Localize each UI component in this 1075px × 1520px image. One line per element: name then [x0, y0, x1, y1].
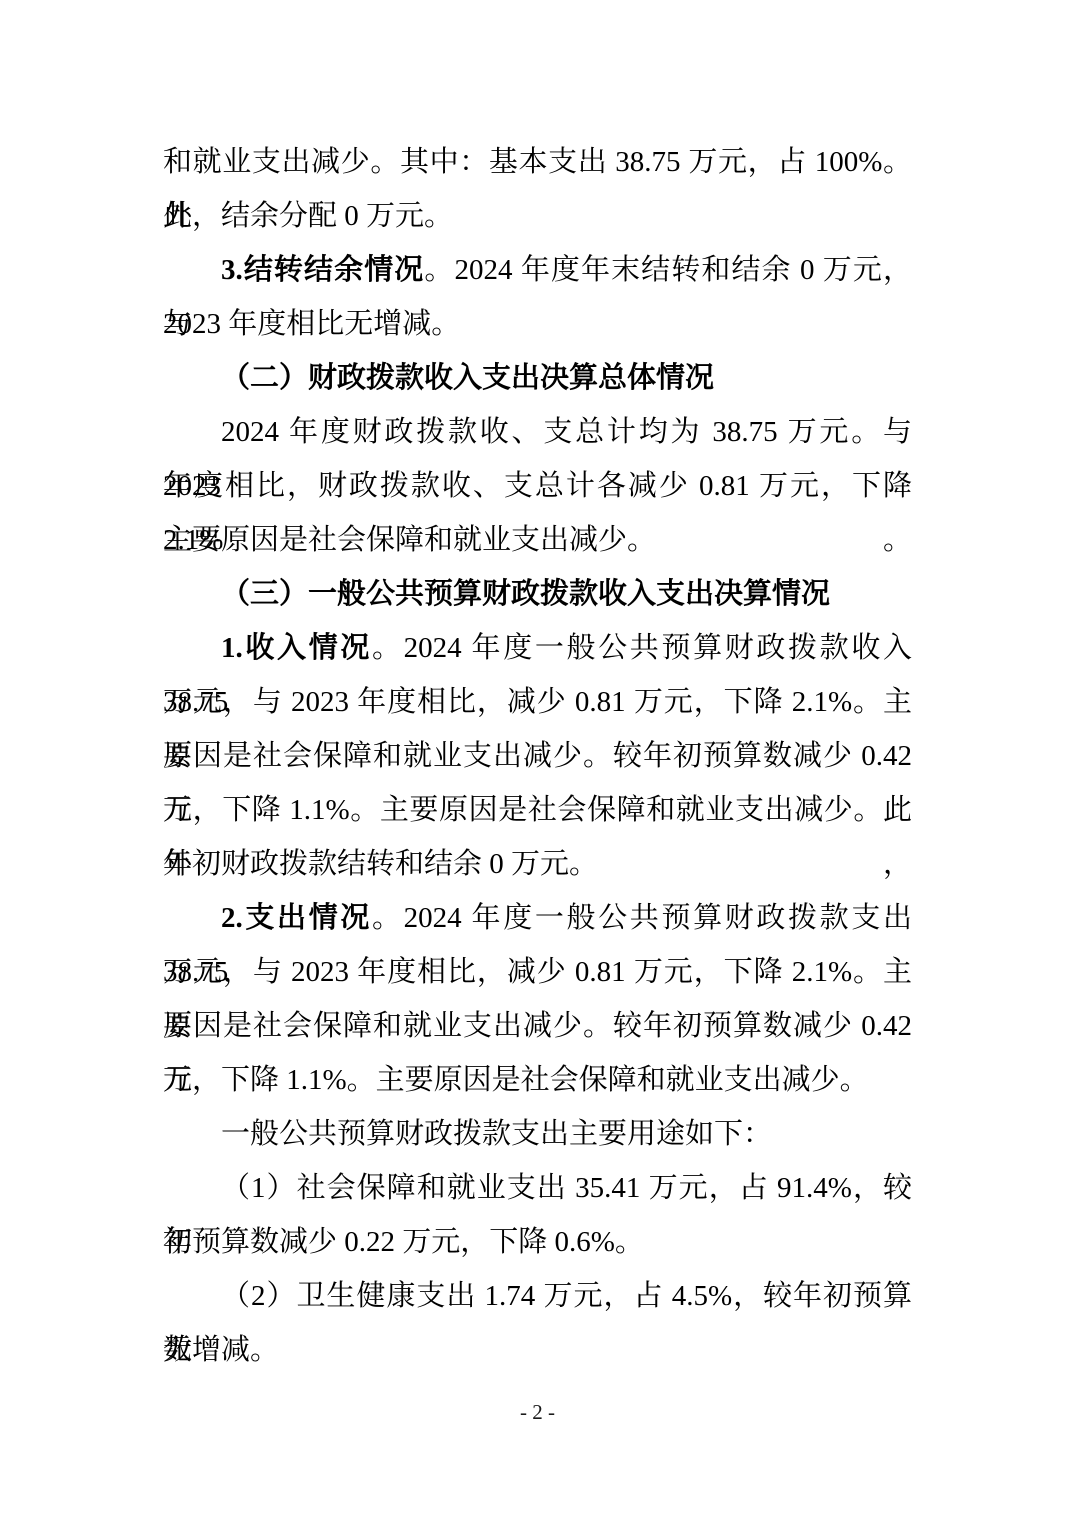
text-line: 外，结余分配 0 万元。	[163, 189, 912, 243]
text-segment: 2.支出情况	[221, 902, 372, 934]
text-line: 1.收入情况。2024 年度一般公共预算财政拨款收入 38.75	[163, 621, 912, 675]
text-line: 初预算数减少 0.22 万元，下降 0.6%。	[163, 1215, 912, 1269]
text-segment: 一般公共预算财政拨款支出主要用途如下：	[221, 1118, 772, 1150]
text-segment: （三）一般公共预算财政拨款收入支出决算情况	[221, 578, 830, 610]
text-line: 和就业支出减少。其中：基本支出 38.75 万元，占 100%。此	[163, 135, 912, 189]
text-segment: （二）财政拨款收入支出决算总体情况	[221, 362, 714, 394]
text-segment: 年初财政拨款结转和结余 0 万元。	[163, 848, 598, 880]
section-heading: （三）一般公共预算财政拨款收入支出决算情况	[163, 567, 912, 621]
document-text-block: 和就业支出减少。其中：基本支出 38.75 万元，占 100%。此外，结余分配 …	[163, 135, 912, 1377]
text-segment: 1.收入情况	[221, 632, 372, 664]
text-line: 元，下降 1.1%。主要原因是社会保障和就业支出减少。此外，	[163, 783, 912, 837]
section-heading: （二）财政拨款收入支出决算总体情况	[163, 351, 912, 405]
page-number: - 2 -	[0, 1398, 1075, 1426]
document-page: 和就业支出减少。其中：基本支出 38.75 万元，占 100%。此外，结余分配 …	[0, 0, 1075, 1520]
text-segment: 外，结余分配 0 万元。	[163, 200, 453, 232]
text-line: 原因是社会保障和就业支出减少。较年初预算数减少 0.42 万	[163, 999, 912, 1053]
text-line: 万元，与 2023 年度相比，减少 0.81 万元，下降 2.1%。主要	[163, 675, 912, 729]
text-line: （1）社会保障和就业支出 35.41 万元，占 91.4%，较年	[163, 1161, 912, 1215]
text-line: 2.支出情况。2024 年度一般公共预算财政拨款支出 38.75	[163, 891, 912, 945]
text-line: 原因是社会保障和就业支出减少。较年初预算数减少 0.42 万	[163, 729, 912, 783]
text-line: 2023 年度相比无增减。	[163, 297, 912, 351]
text-line: 一般公共预算财政拨款支出主要用途如下：	[163, 1107, 912, 1161]
text-line: 万元，与 2023 年度相比，减少 0.81 万元，下降 2.1%。主要	[163, 945, 912, 999]
text-line: 3.结转结余情况。2024 年度年末结转和结余 0 万元，与	[163, 243, 912, 297]
text-line: 元，下降 1.1%。主要原因是社会保障和就业支出减少。	[163, 1053, 912, 1107]
text-line: 无增减。	[163, 1323, 912, 1377]
text-line: 2024 年度财政拨款收、支总计均为 38.75 万元。与 2023	[163, 405, 912, 459]
text-segment: 2023 年度相比无增减。	[163, 308, 460, 340]
text-segment: 3.结转结余情况	[221, 254, 424, 286]
text-line: 年度相比，财政拨款收、支总计各减少 0.81 万元，下降 2.1%。	[163, 459, 912, 513]
text-line: （2）卫生健康支出 1.74 万元，占 4.5%，较年初预算数	[163, 1269, 912, 1323]
text-segment: 无增减。	[163, 1334, 279, 1366]
text-segment: 初预算数减少 0.22 万元，下降 0.6%。	[163, 1226, 644, 1258]
text-segment: 主要原因是社会保障和就业支出减少。	[163, 524, 656, 556]
text-segment: 元，下降 1.1%。主要原因是社会保障和就业支出减少。	[163, 1064, 869, 1096]
